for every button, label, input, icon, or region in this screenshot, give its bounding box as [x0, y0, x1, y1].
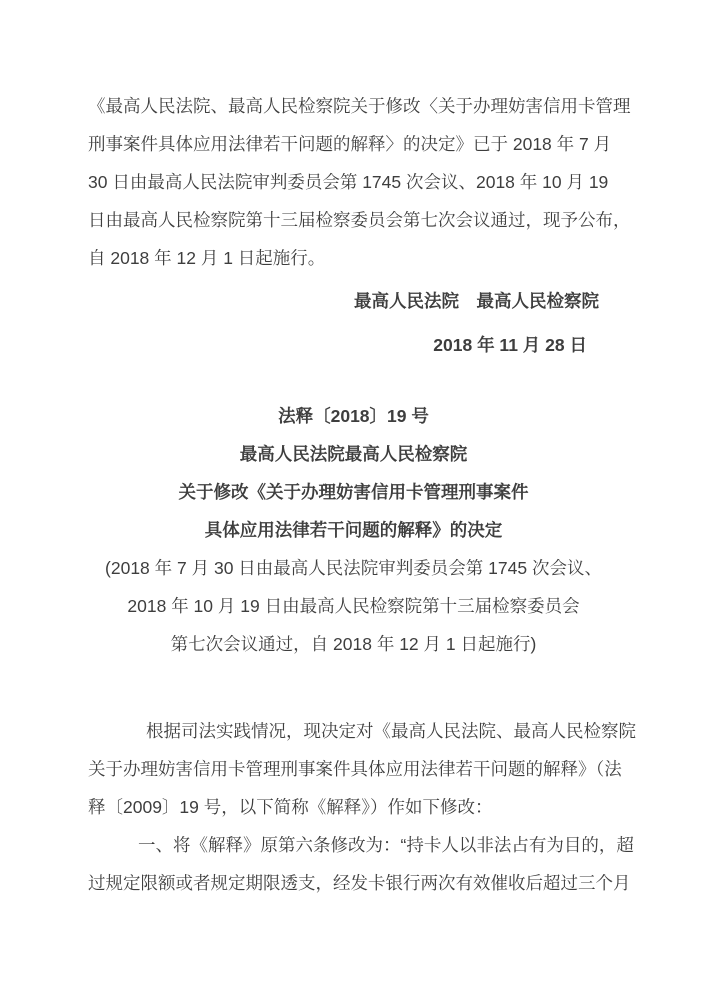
announcement-line: 刑事案件具体应用法律若干问题的解释〉的决定》已于 2018 年 7 月	[88, 125, 619, 163]
document-number: 法释〔2018〕19 号	[88, 397, 619, 435]
adoption-note-line: 2018 年 10 月 19 日由最高人民检察院第十三届检察委员会	[88, 587, 619, 625]
document-page: 《最高人民法院、最高人民检察院关于修改〈关于办理妨害信用卡管理 刑事案件具体应用…	[0, 0, 707, 999]
announcement-line: 30 日由最高人民法院审判委员会第 1745 次会议、2018 年 10 月 1…	[88, 163, 619, 201]
adoption-note: (2018 年 7 月 30 日由最高人民法院审判委员会第 1745 次会议、 …	[88, 549, 619, 663]
decision-title-line: 关于修改《关于办理妨害信用卡管理刑事案件	[88, 473, 619, 511]
decision-title-line: 最高人民法院最高人民检察院	[88, 435, 619, 473]
announcement-paragraph: 《最高人民法院、最高人民检察院关于修改〈关于办理妨害信用卡管理 刑事案件具体应用…	[88, 87, 619, 277]
body-paragraph-line: 一、将《解释》原第六条修改为：“持卡人以非法占有为目的，超	[88, 826, 619, 864]
announcement-line: 自 2018 年 12 月 1 日起施行。	[88, 239, 619, 277]
body-paragraph-line: 释〔2009〕19 号，以下简称《解释》）作如下修改：	[88, 788, 619, 826]
announcement-line: 日由最高人民检察院第十三届检察委员会第七次会议通过，现予公布，	[88, 201, 619, 239]
body-paragraph-line: 根据司法实践情况，现决定对《最高人民法院、最高人民检察院	[88, 712, 619, 750]
body-paragraph-1: 根据司法实践情况，现决定对《最高人民法院、最高人民检察院 关于办理妨害信用卡管理…	[88, 712, 619, 826]
body-paragraph-line: 关于办理妨害信用卡管理刑事案件具体应用法律若干问题的解释》（法	[88, 750, 619, 788]
adoption-note-line: (2018 年 7 月 30 日由最高人民法院审判委员会第 1745 次会议、	[88, 549, 619, 587]
issuer-signature: 最高人民法院 最高人民检察院	[88, 282, 619, 320]
decision-title-line: 具体应用法律若干问题的解释》的决定	[88, 511, 619, 549]
adoption-note-line: 第七次会议通过，自 2018 年 12 月 1 日起施行)	[88, 625, 619, 663]
decision-title: 最高人民法院最高人民检察院 关于修改《关于办理妨害信用卡管理刑事案件 具体应用法…	[88, 435, 619, 549]
body-paragraph-line: 过规定限额或者规定期限透支，经发卡银行两次有效催收后超过三个月	[88, 864, 619, 902]
issue-date: 2018 年 11 月 28 日	[88, 326, 619, 364]
announcement-line: 《最高人民法院、最高人民检察院关于修改〈关于办理妨害信用卡管理	[88, 87, 619, 125]
body-paragraph-2: 一、将《解释》原第六条修改为：“持卡人以非法占有为目的，超 过规定限额或者规定期…	[88, 826, 619, 902]
